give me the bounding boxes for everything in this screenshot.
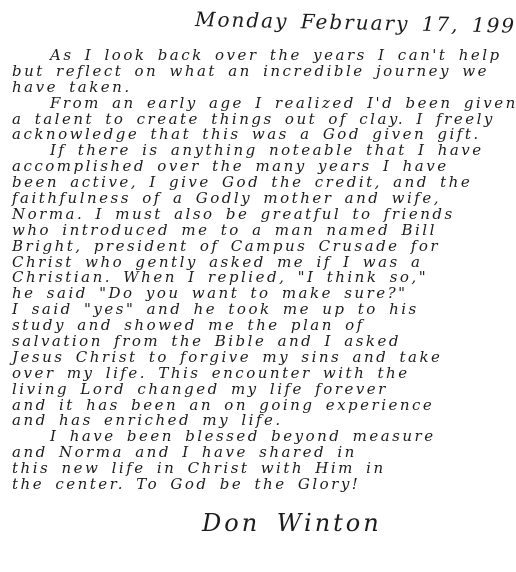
letter-body: As I look back over the years I can't he… [12, 48, 508, 493]
paragraph: From an early age I realized I'd been gi… [12, 96, 508, 144]
letter-date: Monday February 17, 1997 [195, 6, 508, 39]
paragraph: I have been blessed beyond measure and N… [12, 429, 508, 493]
paragraph: If there is anything noteable that I hav… [12, 143, 508, 429]
letter-line: the center. To God be the Glory! [12, 477, 508, 493]
signature: Don Winton [202, 509, 508, 537]
paragraph: As I look back over the years I can't he… [12, 48, 508, 96]
letter-page: Monday February 17, 1997 As I look back … [0, 0, 516, 572]
